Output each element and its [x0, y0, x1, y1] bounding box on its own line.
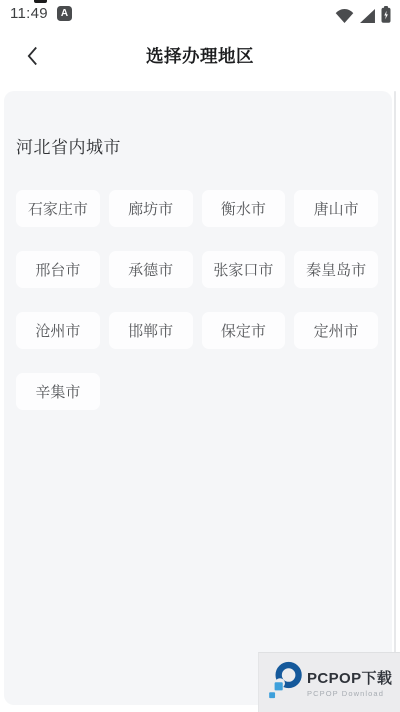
wifi-icon: [335, 9, 354, 23]
city-button[interactable]: 衡水市: [202, 190, 286, 227]
city-button[interactable]: 邯郸市: [109, 312, 193, 349]
scrollbar[interactable]: [394, 91, 396, 704]
back-button[interactable]: [14, 39, 50, 75]
city-grid: 石家庄市廊坊市衡水市唐山市邢台市承德市张家口市秦皇岛市沧州市邯郸市保定市定州市辛…: [4, 190, 392, 410]
battery-charging-icon: [381, 6, 391, 23]
section-title: 河北省内城市: [16, 133, 392, 158]
city-button[interactable]: 秦皇岛市: [294, 251, 378, 288]
city-button[interactable]: 定州市: [294, 312, 378, 349]
chevron-left-icon: [27, 46, 38, 69]
status-bar: 11:49 A: [0, 0, 400, 28]
watermark: PCPOP下载 PCPOP Download: [258, 652, 400, 712]
notification-app-badge: A: [57, 6, 72, 21]
city-button[interactable]: 承德市: [109, 251, 193, 288]
city-button[interactable]: 石家庄市: [16, 190, 100, 227]
city-button[interactable]: 沧州市: [16, 312, 100, 349]
cellular-signal-icon: [360, 9, 375, 23]
city-button[interactable]: 唐山市: [294, 190, 378, 227]
city-button[interactable]: 廊坊市: [109, 190, 193, 227]
region-card: 河北省内城市 石家庄市廊坊市衡水市唐山市邢台市承德市张家口市秦皇岛市沧州市邯郸市…: [4, 91, 392, 705]
status-icons: [335, 5, 391, 23]
city-button[interactable]: 辛集市: [16, 373, 100, 410]
pcpop-logo-icon: [266, 658, 304, 707]
city-button[interactable]: 张家口市: [202, 251, 286, 288]
camera-notch-artifact: [34, 0, 47, 3]
page-title: 选择办理地区: [0, 28, 400, 85]
watermark-title: PCPOP下载: [307, 667, 392, 688]
watermark-text: PCPOP下载 PCPOP Download: [307, 667, 392, 698]
watermark-subtitle: PCPOP Download: [307, 689, 392, 698]
app-screen: 11:49 A: [0, 0, 400, 712]
city-button[interactable]: 邢台市: [16, 251, 100, 288]
status-time: 11:49: [10, 5, 48, 22]
header: 选择办理地区: [0, 28, 400, 85]
city-button[interactable]: 保定市: [202, 312, 286, 349]
